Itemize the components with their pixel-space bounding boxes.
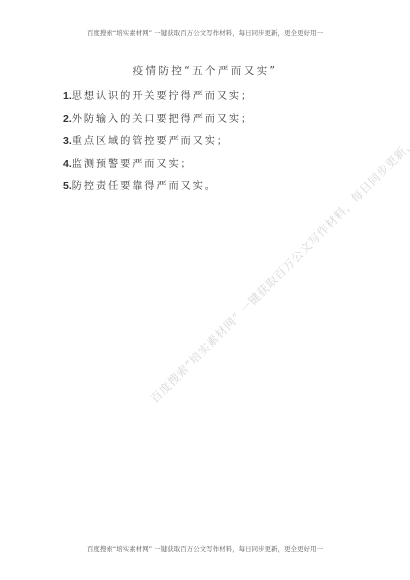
list-item: 3.重点区域的管控要严而又实； <box>63 134 253 157</box>
item-number: 3. <box>63 135 72 147</box>
item-text: 防控责任要靠得严而又实。 <box>72 181 217 192</box>
item-text: 监测预警要严而又实； <box>72 159 193 170</box>
document-page: 百度搜索“培实素材网” 一键获取百万公文写作材料，每日同步更新，更全更好用一 疫… <box>0 0 410 580</box>
header-promo-note: 百度搜索“培实素材网” 一键获取百万公文写作材料，每日同步更新，更全更好用一 <box>0 28 410 37</box>
list-item: 2.外防输入的关口要把得严而又实； <box>63 112 253 135</box>
item-number: 2. <box>63 113 72 125</box>
list-item: 1.思想认识的开关要拧得严而又实； <box>63 89 253 112</box>
document-title: 疫情防控“五个严而又实” <box>0 63 410 78</box>
requirements-list: 1.思想认识的开关要拧得严而又实； 2.外防输入的关口要把得严而又实； 3.重点… <box>63 89 253 202</box>
item-number: 1. <box>63 90 72 102</box>
item-text: 外防输入的关口要把得严而又实； <box>72 114 253 125</box>
item-number: 4. <box>63 158 72 170</box>
item-text: 思想认识的开关要拧得严而又实； <box>72 91 253 102</box>
footer-promo-note: 百度搜索“培实素材网” 一键获取百万公文写作材料，每日同步更新，更全更好用一 <box>0 544 410 553</box>
list-item: 4.监测预警要严而又实； <box>63 157 253 180</box>
item-text: 重点区域的管控要严而又实； <box>72 136 229 147</box>
item-number: 5. <box>63 180 72 192</box>
list-item: 5.防控责任要靠得严而又实。 <box>63 179 253 202</box>
